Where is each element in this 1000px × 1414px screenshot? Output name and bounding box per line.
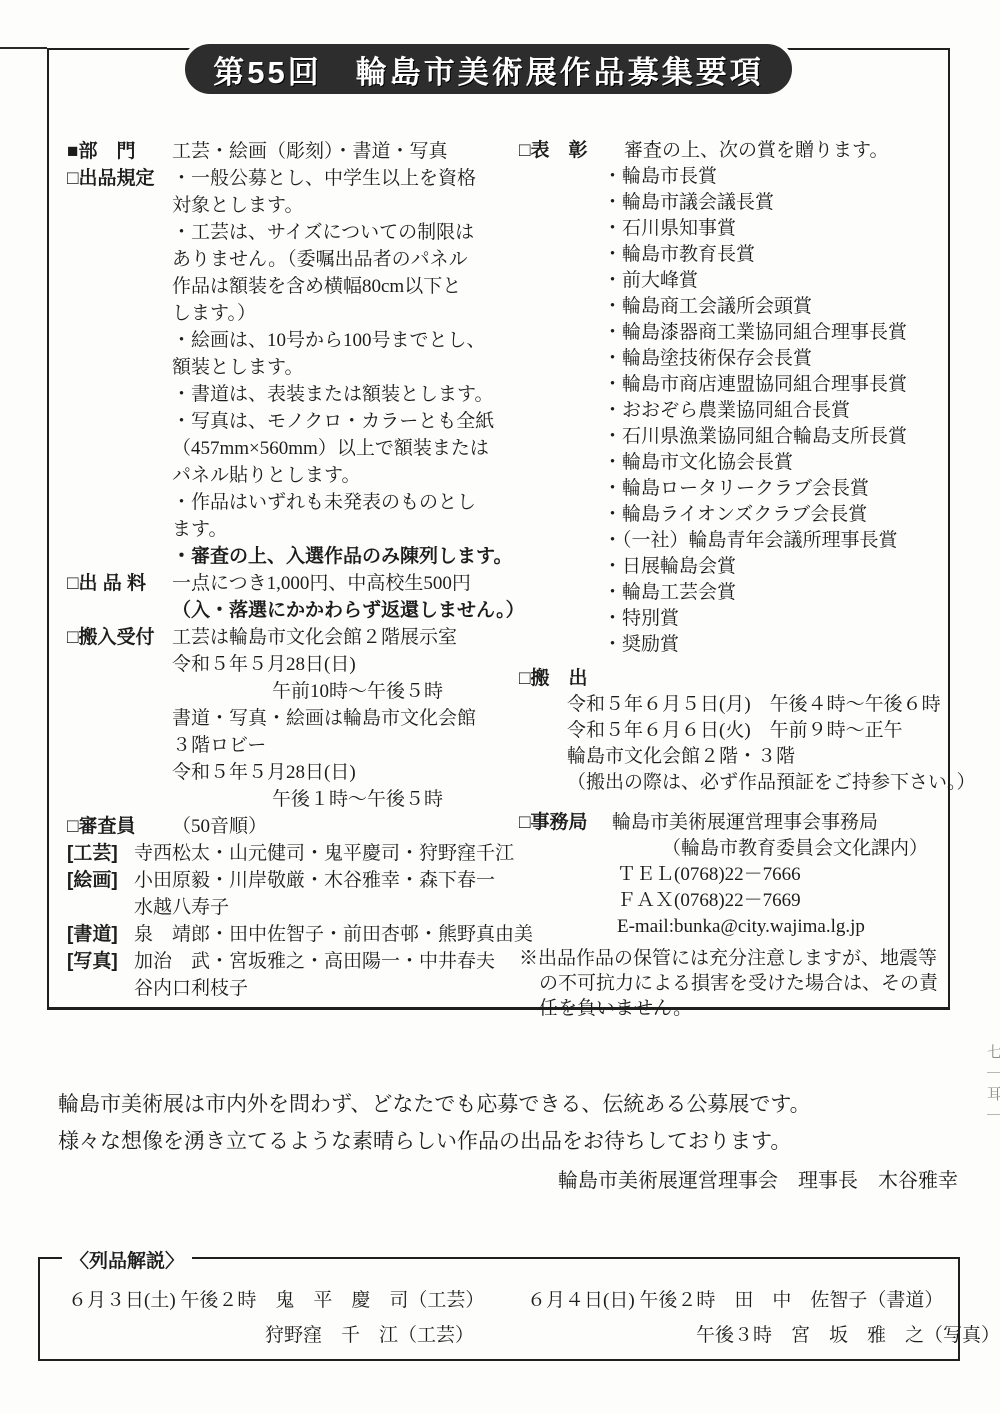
section-label-kitei: □出品規定 bbox=[67, 165, 172, 192]
award-item: ・輪島市文化協会長賞 bbox=[603, 450, 951, 476]
exhibit-commentary-body: ６月３日(土) 午後２時 鬼 平 慶 司（工芸） 狩野窪 千 江（工芸） ６月４… bbox=[40, 1259, 958, 1353]
fee-lines: 一点につき1,000円、中高校生500円（入・落選にかかわらず返還しません。） bbox=[172, 570, 497, 624]
award-item: ・奨励賞 bbox=[603, 632, 951, 658]
hannyu-line: 午前10時～午後５時 bbox=[172, 678, 497, 705]
section-fee: □出 品 料 一点につき1,000円、中高校生500円（入・落選にかかわらず返還… bbox=[67, 570, 497, 624]
page-edge-text-fragment: 七｜耳｜ bbox=[983, 1044, 1000, 1164]
judge-row: [絵画] 小田原毅・川岸敬厳・木谷雅幸・森下春一 bbox=[67, 867, 497, 894]
exhibit-commentary-box: 〈列品解説〉 ６月３日(土) 午後２時 鬼 平 慶 司（工芸） 狩野窪 千 江（… bbox=[38, 1257, 960, 1361]
award-item: ・輪島ロータリークラブ会長賞 bbox=[603, 476, 951, 502]
kitei-line: します。） bbox=[172, 300, 497, 327]
hanshutsu-line: 令和５年６月６日(火) 午前９時～正午 bbox=[567, 718, 951, 744]
award-item: ・輪島市議会議長賞 bbox=[603, 190, 951, 216]
fee-line: 一点につき1,000円、中高校生500円 bbox=[172, 570, 497, 597]
jimukyoku-line: ＦＡＸ(0768)22－7669 bbox=[519, 888, 951, 914]
hannyu-line: 工芸は輪島市文化会館２階展示室 bbox=[172, 624, 497, 651]
award-item: ・輪島市教育長賞 bbox=[603, 242, 951, 268]
kitei-line: パネル貼りとします。 bbox=[172, 462, 497, 489]
commentary-right-line2: 午後３時 宮 坂 雅 之（写真） bbox=[527, 1318, 1000, 1353]
judge-names: 泉 靖郎・田中佐智子・前田杏邨・熊野真由美 bbox=[134, 921, 497, 948]
award-item: ・（一社）輪島青年会議所理事長賞 bbox=[603, 528, 951, 554]
page-title: 第55回 輪島市美術展作品募集要項 bbox=[213, 47, 763, 92]
award-item: ・輪島商工会議所会頭賞 bbox=[603, 294, 951, 320]
jimukyoku-line: （輪島市教育委員会文化課内） bbox=[519, 836, 951, 862]
award-item: ・石川県漁業協同組合輪島支所長賞 bbox=[603, 424, 951, 450]
judge-names: 谷内口利枝子 bbox=[134, 975, 497, 1002]
bumon-content: 工芸・絵画（彫刻）・書道・写真 bbox=[172, 138, 497, 165]
judge-category: [書道] bbox=[67, 921, 134, 948]
hanshutsu-line: 輪島市文化会館２階・３階 bbox=[567, 744, 951, 770]
kitei-line: （457mm×560mm）以上で額装または bbox=[172, 435, 497, 462]
judge-category: [工芸] bbox=[67, 840, 134, 867]
award-item: ・輪島市商店連盟協同組合理事長賞 bbox=[603, 372, 951, 398]
judge-row: 谷内口利枝子 bbox=[67, 975, 497, 1002]
section-label-bumon: ■部 門 bbox=[67, 138, 172, 165]
kitei-lines: ・一般公募とし、中学生以上を資格対象とします。・工芸は、サイズについての制限はあ… bbox=[172, 165, 497, 570]
shinsain-note: （50音順） bbox=[172, 813, 497, 840]
commentary-left: ６月３日(土) 午後２時 鬼 平 慶 司（工芸） 狩野窪 千 江（工芸） bbox=[68, 1283, 515, 1353]
judge-row: [書道] 泉 靖郎・田中佐智子・前田杏邨・熊野真由美 bbox=[67, 921, 497, 948]
hannyu-line: 令和５年５月28日(日) bbox=[172, 759, 497, 786]
kitei-line: ます。 bbox=[172, 516, 497, 543]
judge-names: 加治 武・宮坂雅之・高田陽一・中井春夫 bbox=[134, 948, 497, 975]
section-label-hanshutsu: □搬 出 bbox=[519, 668, 587, 689]
award-item: ・輪島ライオンズクラブ会長賞 bbox=[603, 502, 951, 528]
award-list: ・輪島市長賞・輪島市議会議長賞・石川県知事賞・輪島市教育長賞・前大峰賞・輪島商工… bbox=[519, 164, 951, 658]
kitei-line: ・工芸は、サイズについての制限は bbox=[172, 219, 497, 246]
hannyu-line: 書道・写真・絵画は輪島市文化会館 bbox=[172, 705, 497, 732]
kitei-line: ・審査の上、入選作品のみ陳列します。 bbox=[172, 543, 497, 570]
disclaimer-note: ※出品作品の保管には充分注意しますが、地震等の不可抗力による損害を受けた場合は、… bbox=[519, 946, 951, 1021]
judge-names: 寺西松太・山元健司・鬼平慶司・狩野窪千江 bbox=[134, 840, 497, 867]
hannyu-line: 午後１時～午後５時 bbox=[172, 786, 497, 813]
award-item: ・前大峰賞 bbox=[603, 268, 951, 294]
section-label-hyosho: □表 彰 bbox=[519, 138, 624, 164]
left-column: ■部 門 工芸・絵画（彫刻）・書道・写真 □出品規定 ・一般公募とし、中学生以上… bbox=[67, 138, 497, 1002]
section-jimukyoku: □事務局 輪島市美術展運営理事会事務局 bbox=[519, 810, 951, 836]
section-hannyu: □搬入受付 工芸は輪島市文化会館２階展示室令和５年５月28日(日)午前10時～午… bbox=[67, 624, 497, 813]
kitei-line: 額装とします。 bbox=[172, 354, 497, 381]
section-hyosho: □表 彰 審査の上、次の賞を贈ります。 bbox=[519, 138, 951, 164]
award-item: ・石川県知事賞 bbox=[603, 216, 951, 242]
kitei-line: ・絵画は、10号から100号までとし、 bbox=[172, 327, 497, 354]
jimukyoku-office: 輪島市美術展運営理事会事務局 bbox=[612, 810, 951, 836]
right-column: □表 彰 審査の上、次の賞を贈ります。 ・輪島市長賞・輪島市議会議長賞・石川県知… bbox=[519, 138, 951, 1021]
award-item: ・輪島工芸会賞 bbox=[603, 580, 951, 606]
award-item: ・輪島漆器商工業協同組合理事長賞 bbox=[603, 320, 951, 346]
judge-row: [工芸] 寺西松太・山元健司・鬼平慶司・狩野窪千江 bbox=[67, 840, 497, 867]
award-item: ・おおぞら農業協同組合長賞 bbox=[603, 398, 951, 424]
section-label-hannyu: □搬入受付 bbox=[67, 624, 172, 651]
document-page: 第55回 輪島市美術展作品募集要項 ■部 門 工芸・絵画（彫刻）・書道・写真 □… bbox=[0, 0, 1000, 1414]
kitei-line: ・作品はいずれも未発表のものとし bbox=[172, 489, 497, 516]
hannyu-lines: 工芸は輪島市文化会館２階展示室令和５年５月28日(日)午前10時～午後５時書道・… bbox=[172, 624, 497, 813]
award-item: ・輪島市長賞 bbox=[603, 164, 951, 190]
hannyu-line: ３階ロビー bbox=[172, 732, 497, 759]
commentary-left-line2: 狩野窪 千 江（工芸） bbox=[68, 1318, 515, 1353]
commentary-right: ６月４日(日) 午後２時 田 中 佐智子（書道） 午後３時 宮 坂 雅 之（写真… bbox=[527, 1283, 1000, 1353]
section-shinsain: □審査員 （50音順） bbox=[67, 813, 497, 840]
section-label-shinsain: □審査員 bbox=[67, 813, 172, 840]
kitei-line: 作品は額装を含め横幅80cm以下と bbox=[172, 273, 497, 300]
kitei-line: ・書道は、表装または額装とします。 bbox=[172, 381, 497, 408]
judge-row: [写真] 加治 武・宮坂雅之・高田陽一・中井春夫 bbox=[67, 948, 497, 975]
section-label-jimukyoku: □事務局 bbox=[519, 810, 612, 836]
award-item: ・輪島塗技術保存会長賞 bbox=[603, 346, 951, 372]
kitei-line: 対象とします。 bbox=[172, 192, 497, 219]
fee-line: （入・落選にかかわらず返還しません。） bbox=[172, 597, 497, 624]
hanshutsu-lines: 令和５年６月５日(月) 午後４時～午後６時令和５年６月６日(火) 午前９時～正午… bbox=[519, 692, 951, 796]
kitei-line: ・写真は、モノクロ・カラーとも全紙 bbox=[172, 408, 497, 435]
footer-line-1: 輪島市美術展は市内外を問わず、どなたでも応募できる、伝統ある公募展です。 bbox=[58, 1086, 958, 1123]
jimukyoku-line: ＴＥＬ(0768)22－7666 bbox=[519, 862, 951, 888]
hanshutsu-line: 令和５年６月５日(月) 午後４時～午後６時 bbox=[567, 692, 951, 718]
hannyu-line: 令和５年５月28日(日) bbox=[172, 651, 497, 678]
footer-paragraph: 輪島市美術展は市内外を問わず、どなたでも応募できる、伝統ある公募展です。 様々な… bbox=[58, 1086, 958, 1160]
award-item: ・特別賞 bbox=[603, 606, 951, 632]
hanshutsu-line: （搬出の際は、必ず作品預証をご持参下さい。） bbox=[567, 770, 951, 796]
commentary-right-line1: ６月４日(日) 午後２時 田 中 佐智子（書道） bbox=[527, 1283, 1000, 1318]
section-bumon: ■部 門 工芸・絵画（彫刻）・書道・写真 bbox=[67, 138, 497, 165]
judge-row: 水越八寿子 bbox=[67, 894, 497, 921]
judge-names: 小田原毅・川岸敬厳・木谷雅幸・森下春一 bbox=[134, 867, 497, 894]
main-box: 第55回 輪島市美術展作品募集要項 ■部 門 工芸・絵画（彫刻）・書道・写真 □… bbox=[47, 48, 950, 1010]
judge-category: [写真] bbox=[67, 948, 134, 975]
hyosho-intro: 審査の上、次の賞を贈ります。 bbox=[624, 138, 951, 164]
footer-line-2: 様々な想像を湧き立てるような素晴らしい作品の出品をお待ちしております。 bbox=[58, 1123, 958, 1160]
section-label-fee: □出 品 料 bbox=[67, 570, 172, 597]
scan-line-artifact bbox=[0, 47, 47, 49]
jimukyoku-line: E-mail:bunka@city.wajima.lg.jp bbox=[519, 914, 951, 940]
footer-signature: 輪島市美術展運営理事会 理事長 木谷雅幸 bbox=[0, 1164, 958, 1193]
kitei-line: ・一般公募とし、中学生以上を資格 bbox=[172, 165, 497, 192]
judge-names: 水越八寿子 bbox=[134, 894, 497, 921]
jimukyoku-lines: （輪島市教育委員会文化課内）ＴＥＬ(0768)22－7666ＦＡＸ(0768)2… bbox=[519, 836, 951, 940]
commentary-left-line1: ６月３日(土) 午後２時 鬼 平 慶 司（工芸） bbox=[68, 1283, 515, 1318]
award-item: ・日展輪島会賞 bbox=[603, 554, 951, 580]
judge-category: [絵画] bbox=[67, 867, 134, 894]
section-kitei: □出品規定 ・一般公募とし、中学生以上を資格対象とします。・工芸は、サイズについ… bbox=[67, 165, 497, 570]
judge-rows: [工芸] 寺西松太・山元健司・鬼平慶司・狩野窪千江 [絵画] 小田原毅・川岸敬厳… bbox=[67, 840, 497, 1002]
exhibit-commentary-label: 〈列品解説〉 bbox=[62, 1246, 192, 1273]
title-banner: 第55回 輪島市美術展作品募集要項 bbox=[181, 40, 796, 98]
kitei-line: ありません。（委嘱出品者のパネル bbox=[172, 246, 497, 273]
section-hanshutsu: □搬 出 bbox=[519, 666, 951, 692]
